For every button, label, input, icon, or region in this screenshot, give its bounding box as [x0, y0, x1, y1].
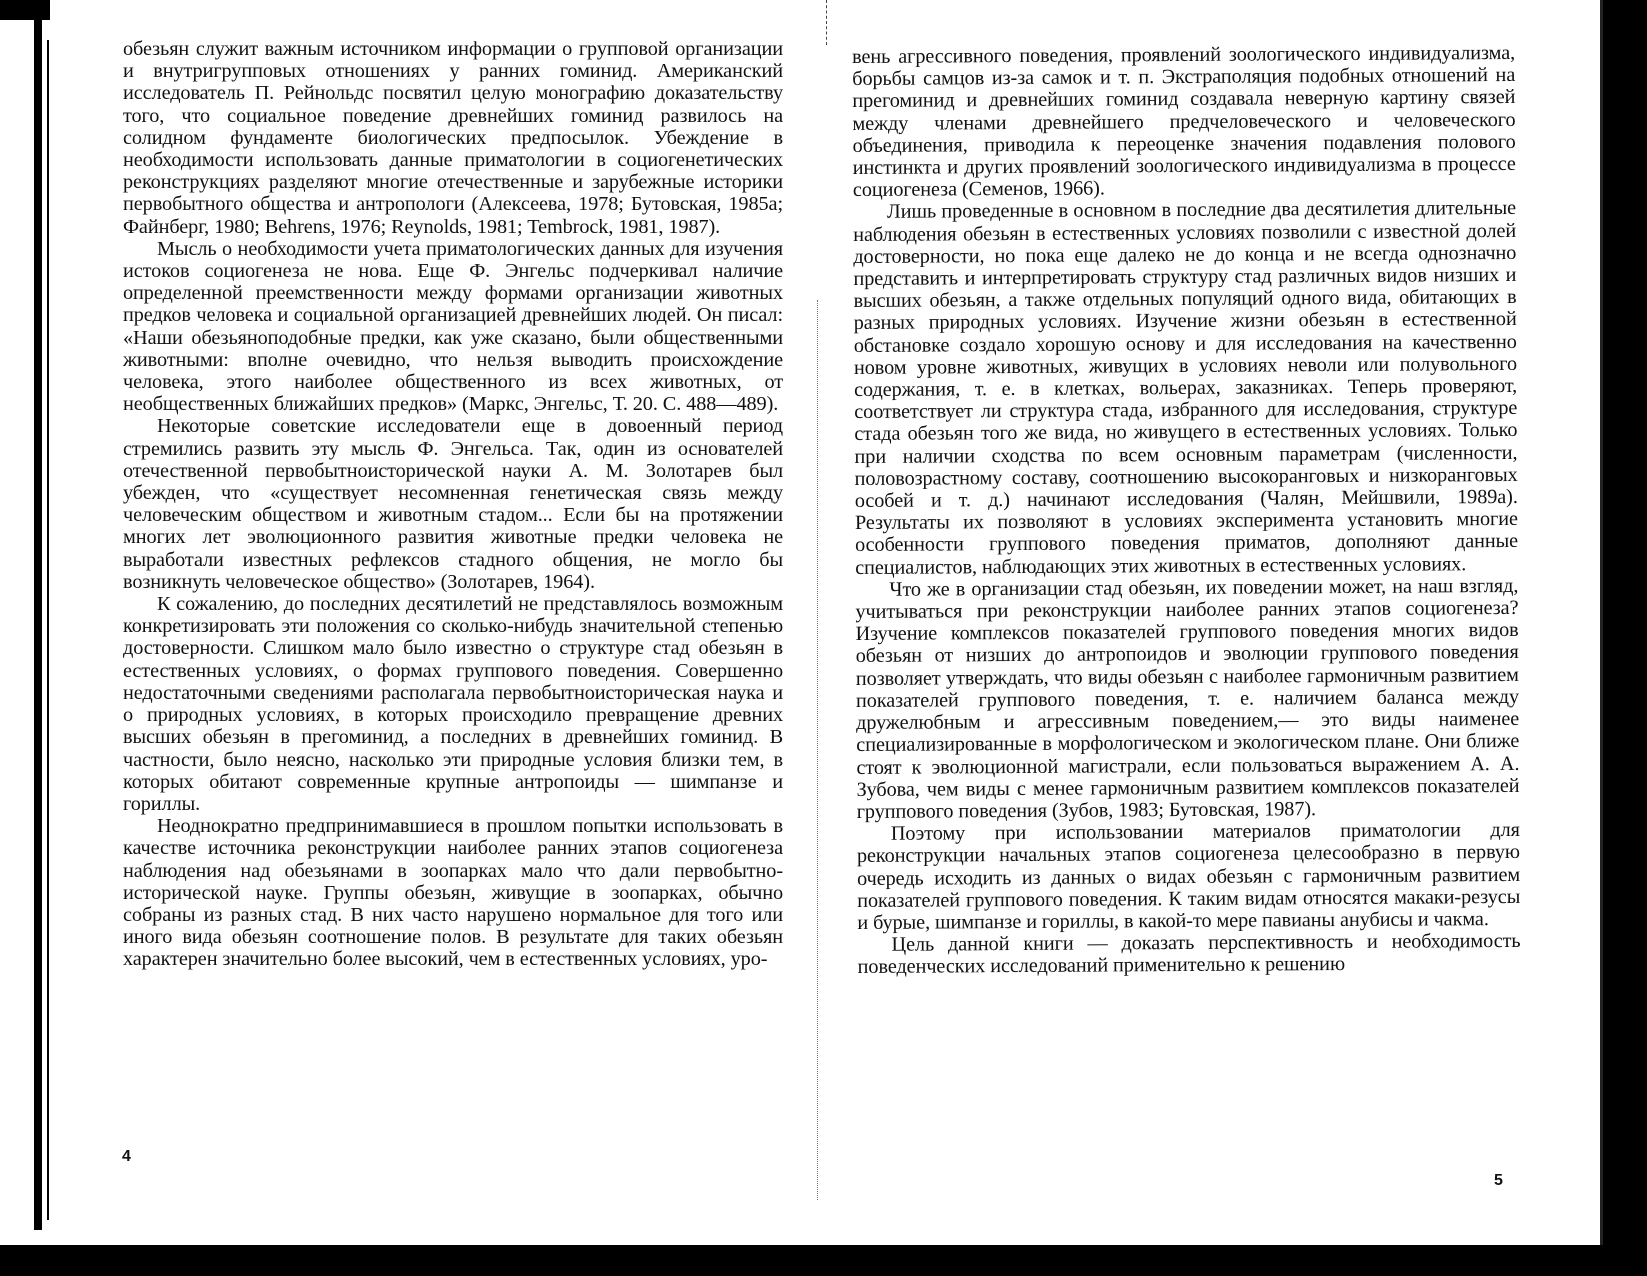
paragraph: Лишь проведенные в основном в последние … [853, 197, 1518, 578]
paragraph: Неоднократно предпринимавшиеся в прошлом… [123, 815, 783, 970]
paragraph: Мысль о необходимости учета приматологич… [123, 238, 783, 416]
scan-shadow [0, 0, 50, 20]
page-number-right: 5 [1494, 1172, 1503, 1190]
right-page-text: вень агрессивного поведения, проявлений … [852, 42, 1521, 979]
paragraph: Некоторые советские исследователи еще в … [123, 415, 783, 593]
scan-edge-line [47, 40, 49, 1220]
book-spine-gutter [826, 0, 828, 45]
book-spine-dots [817, 300, 819, 1200]
paragraph: Что же в организации стад обезьян, их по… [855, 575, 1519, 823]
paragraph: Поэтому при использовании материалов при… [857, 819, 1521, 934]
paragraph: К сожалению, до последних десятилетий не… [123, 593, 783, 815]
scan-right-margin [1603, 0, 1647, 1276]
scan-bottom-margin [0, 1245, 1647, 1276]
book-binding-edge [0, 0, 55, 1276]
paragraph: обезьян служит важным источником информа… [123, 38, 783, 238]
paragraph: вень агрессивного поведения, проявлений … [852, 42, 1516, 201]
scan-edge-bar [34, 0, 42, 1230]
page-number-left: 4 [122, 1148, 131, 1166]
paragraph: Цель данной книги — доказать перспективн… [857, 930, 1520, 978]
left-page-text: обезьян служит важным источником информа… [123, 38, 783, 971]
page-right-edge [1600, 0, 1603, 1276]
